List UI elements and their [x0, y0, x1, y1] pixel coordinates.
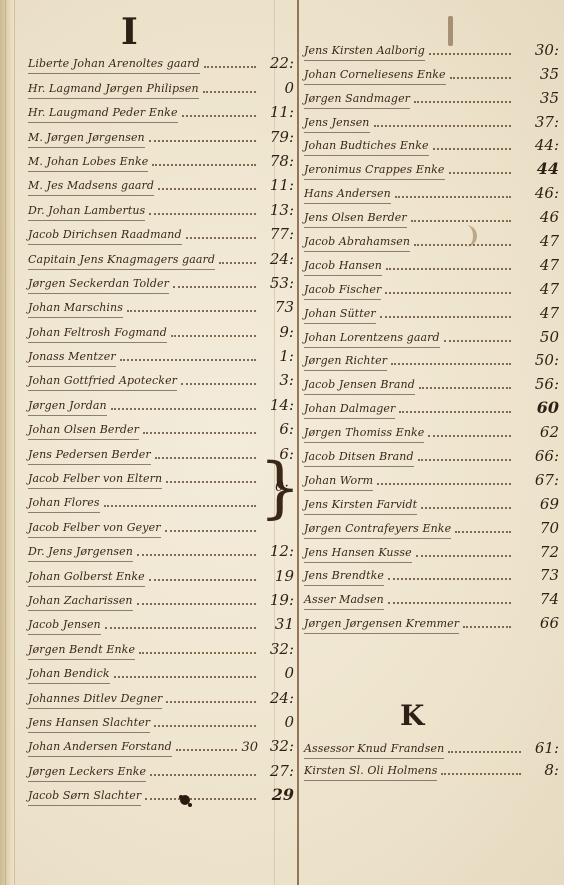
dash-leader: [448, 750, 521, 753]
dash-leader: [377, 482, 511, 485]
list-item: Hans Andersen46:: [304, 180, 559, 204]
entry-name: Assessor Knud Frandsen: [304, 742, 444, 759]
entry-number: 30:: [515, 41, 559, 61]
dash-leader: [455, 530, 511, 533]
list-item: Asser Madsen74: [304, 586, 559, 610]
list-item: Jørgen Seckerdan Tolder53:: [28, 270, 294, 294]
dash-leader: [428, 434, 511, 437]
list-item: M. Jes Madsens gaard11:: [28, 172, 294, 196]
entry-number: 11:: [260, 103, 294, 123]
entry-name: Jacob Felber von Geyer: [28, 521, 161, 538]
list-item: Hr. Laugmand Peder Enke11:: [28, 99, 294, 123]
entry-number: 35: [515, 89, 559, 109]
list-item: Dr. Johan Lambertus13:: [28, 196, 294, 220]
entry-name: Jens Kirsten Aalborig: [304, 44, 425, 61]
entry-number: 27:: [260, 762, 294, 782]
entry-number: 13:: [260, 201, 294, 221]
entry-number: 32:: [260, 640, 294, 660]
list-item: Jens Kirsten Farvidt69: [304, 491, 559, 515]
entry-number: 77:: [260, 225, 294, 245]
list-item: Johan Marschins73: [28, 294, 294, 318]
entry-name: Hans Andersen: [304, 187, 391, 204]
entry-number: 47: [515, 232, 559, 252]
dash-leader: [429, 52, 511, 55]
dash-leader: [399, 410, 511, 413]
dash-leader: [444, 339, 511, 342]
entry-name: Jonass Mentzer: [28, 350, 116, 367]
entry-name: Jørgen Thomiss Enke: [304, 426, 424, 443]
dash-leader: [203, 90, 256, 93]
entry-name: Jeronimus Crappes Enke: [304, 163, 445, 180]
entry-number: 29: [260, 785, 294, 806]
entry-name: Jørgen Bendt Enke: [28, 643, 135, 660]
entry-name: Johan Marschins: [28, 301, 123, 318]
list-item: Jørgen Sandmager35: [304, 85, 559, 109]
entry-number: 56:: [515, 375, 559, 395]
entry-number: 47: [515, 304, 559, 324]
entry-name: Dr. Johan Lambertus: [28, 204, 145, 221]
entry-name: Capitain Jens Knagmagers gaard: [28, 253, 215, 270]
entry-name: Jacob Ditsen Brand: [304, 450, 414, 467]
list-item: Johan Worm67:: [304, 467, 559, 491]
entry-name: Liberte Johan Arenoltes gaard: [28, 57, 200, 74]
list-item: Jacob Jensen31: [28, 611, 294, 635]
dash-leader: [433, 147, 511, 150]
entry-number: 8:: [525, 761, 559, 781]
entry-extra-number: 30: [241, 740, 258, 757]
entry-number: 47: [515, 256, 559, 276]
list-item: Johan Flores: [28, 489, 294, 513]
entry-name: Jacob Dirichsen Raadmand: [28, 228, 182, 245]
entry-name: Johan Zacharissen: [28, 594, 133, 611]
list-item: Johan Dalmager60: [304, 395, 559, 419]
dash-leader: [176, 748, 238, 751]
list-item: Assessor Knud Frandsen61:: [304, 737, 559, 759]
brace-group-value: 0:: [275, 479, 289, 495]
dash-leader: [158, 187, 256, 190]
dash-leader: [441, 772, 521, 775]
list-item: Jacob Dirichsen Raadmand77:: [28, 221, 294, 245]
entry-number: 60: [515, 398, 559, 419]
dash-leader: [414, 100, 511, 103]
entry-number: 32:: [260, 737, 294, 757]
list-item: Jørgen Thomiss Enke62: [304, 419, 559, 443]
list-item: Johan Corneliesens Enke35: [304, 61, 559, 85]
dash-leader: [450, 76, 511, 79]
list-item: Johan Bendick0: [28, 660, 294, 684]
entry-name: Jens Pedersen Berder: [28, 448, 151, 465]
list-item: Jacob Fischer47: [304, 276, 559, 300]
entry-number: 70: [515, 519, 559, 539]
list-item: Jeronimus Crappes Enke44: [304, 156, 559, 180]
entry-number: 22:: [260, 54, 294, 74]
right-column-list: Jens Kirsten Aalborig30: Johan Cornelies…: [304, 37, 559, 634]
entry-name: Jacob Jensen: [28, 618, 101, 635]
entry-name: Jørgen Sandmager: [304, 92, 410, 109]
entry-number: 47: [515, 280, 559, 300]
entry-name: Jørgen Jørgensen Kremmer: [304, 617, 459, 634]
entry-number: 0: [260, 713, 294, 733]
entry-name: Jørgen Contrafeyers Enke: [304, 522, 451, 539]
list-item: Johan Feltrosh Fogmand9:: [28, 318, 294, 342]
entry-name: M. Jørgen Jørgensen: [28, 131, 145, 148]
entry-name: Jens Jensen: [304, 116, 370, 133]
entry-name: Jørgen Seckerdan Tolder: [28, 277, 169, 294]
list-item: Jacob Abrahamsen47: [304, 228, 559, 252]
dash-leader: [165, 529, 256, 532]
dash-leader: [137, 602, 256, 605]
dash-leader: [418, 458, 511, 461]
column-divider-rule: [297, 0, 299, 885]
dash-leader: [391, 362, 511, 365]
entry-name: M. Johan Lobes Enke: [28, 155, 148, 172]
list-item: Jens Hansen Kusse72: [304, 539, 559, 563]
dash-leader: [149, 212, 256, 215]
entry-number: 24:: [260, 689, 294, 709]
list-item: Jacob Felber von Eltern: [28, 465, 294, 489]
list-item: Jacob Jensen Brand56:: [304, 371, 559, 395]
list-item: Jørgen Jordan14:: [28, 391, 294, 415]
dash-leader: [154, 724, 256, 727]
list-item: Johan Budtiches Enke44:: [304, 133, 559, 157]
entry-number: 62: [515, 423, 559, 443]
dash-leader: [388, 577, 511, 580]
entry-number: 37:: [515, 113, 559, 133]
list-item: Jørgen Richter50:: [304, 348, 559, 372]
entry-name: Johan Lorentzens gaard: [304, 331, 440, 348]
entry-number: 50: [515, 328, 559, 348]
list-item: Johan Olsen Berder6:: [28, 416, 294, 440]
entry-name: Johan Golberst Enke: [28, 570, 145, 587]
dash-leader: [386, 267, 511, 270]
dash-leader: [463, 625, 511, 628]
entry-number: 19:: [260, 591, 294, 611]
dash-leader: [219, 261, 256, 264]
entry-number: 3:: [260, 371, 294, 391]
entry-number: 44: [515, 159, 559, 180]
entry-number: 1:: [260, 347, 294, 367]
dash-leader: [388, 601, 511, 604]
list-item: Jacob Ditsen Brand66:: [304, 443, 559, 467]
entry-number: 35: [515, 65, 559, 85]
list-item: Hr. Lagmand Jørgen Philipsen0: [28, 74, 294, 98]
entry-name: Jacob Sørn Slachter: [28, 789, 141, 806]
entry-name: Jacob Felber von Eltern: [28, 472, 162, 489]
dash-leader: [173, 285, 256, 288]
list-item: Jacob Felber von Geyer: [28, 513, 294, 537]
entry-number: 6:: [260, 420, 294, 440]
dash-leader: [385, 291, 511, 294]
entry-name: Jacob Hansen: [304, 259, 382, 276]
dash-leader: [181, 382, 256, 385]
dash-leader: [204, 65, 256, 68]
dash-leader: [421, 506, 511, 509]
entry-number: 9:: [260, 323, 294, 343]
list-item: Johan Gottfried Apotecker3:: [28, 367, 294, 391]
list-item: Kirsten Sl. Oli Holmens8:: [304, 759, 559, 781]
dash-leader: [155, 456, 256, 459]
entry-name: Hr. Lagmand Jørgen Philipsen: [28, 82, 199, 99]
dash-leader: [120, 358, 256, 361]
entry-number: 14:: [260, 396, 294, 416]
entry-name: Jens Olsen Berder: [304, 211, 407, 228]
list-item: Jens Jensen37:: [304, 109, 559, 133]
entry-number: 46: [515, 208, 559, 228]
section-letter-k: K: [400, 702, 424, 730]
entry-name: Jørgen Leckers Enke: [28, 765, 146, 782]
list-item: Jonass Mentzer1:: [28, 343, 294, 367]
entry-number: 31: [260, 615, 294, 635]
dash-leader: [171, 334, 256, 337]
dash-leader: [139, 651, 256, 654]
entry-name: Dr. Jens Jørgensen: [28, 545, 133, 562]
list-item: Jens Kirsten Aalborig30:: [304, 37, 559, 61]
list-item: Jørgen Leckers Enke27:: [28, 757, 294, 781]
entry-name: Jørgen Richter: [304, 354, 387, 371]
list-item: Johan Sütter47: [304, 300, 559, 324]
entry-name: Asser Madsen: [304, 593, 384, 610]
dash-leader: [411, 219, 511, 222]
entry-number: 66:: [515, 447, 559, 467]
paper-stain: [455, 225, 477, 247]
dash-leader: [145, 797, 256, 800]
dash-leader: [380, 315, 511, 318]
list-item: Jørgen Jørgensen Kremmer66: [304, 610, 559, 634]
dash-leader: [166, 480, 256, 483]
entry-name: Johan Gottfried Apotecker: [28, 374, 177, 391]
entry-number: 73: [260, 298, 294, 318]
list-item: M. Johan Lobes Enke78:: [28, 148, 294, 172]
dash-leader: [416, 554, 511, 557]
dash-leader: [137, 553, 256, 556]
entry-name: Johan Flores: [28, 496, 100, 513]
entry-name: Jacob Fischer: [304, 283, 381, 300]
dash-leader: [143, 431, 256, 434]
entry-number: 72: [515, 543, 559, 563]
brace-group: } 0:: [259, 455, 289, 525]
dash-leader: [395, 195, 511, 198]
manuscript-page: I K Liberte Johan Arenoltes gaard22: Hr.…: [0, 0, 564, 885]
k-section-list: Assessor Knud Frandsen61: Kirsten Sl. Ol…: [304, 737, 559, 781]
dash-leader: [149, 578, 256, 581]
entry-number: 74: [515, 590, 559, 610]
entry-name: Johannes Ditlev Degner: [28, 692, 162, 709]
entry-name: Johan Sütter: [304, 307, 376, 324]
entry-number: 12:: [260, 542, 294, 562]
dash-leader: [111, 407, 256, 410]
entry-number: 53:: [260, 274, 294, 294]
dash-leader: [105, 626, 256, 629]
entry-name: M. Jes Madsens gaard: [28, 179, 154, 196]
entry-name: Jacob Jensen Brand: [304, 378, 415, 395]
list-item: Jens Brendtke73: [304, 563, 559, 587]
dash-leader: [374, 124, 512, 127]
entry-number: 66: [515, 614, 559, 634]
list-item: Jens Olsen Berder46: [304, 204, 559, 228]
entry-name: Hr. Laugmand Peder Enke: [28, 106, 178, 123]
dash-leader: [166, 700, 256, 703]
entry-name: Johan Olsen Berder: [28, 423, 139, 440]
section-letter-i: I: [121, 14, 138, 50]
binding-edge: [0, 0, 15, 885]
entry-name: Johan Feltrosh Fogmand: [28, 326, 167, 343]
dash-leader: [150, 773, 256, 776]
entry-name: Jens Brendtke: [304, 569, 384, 586]
dash-leader: [104, 504, 256, 507]
entry-name: Johan Andersen Forstand: [28, 740, 172, 757]
entry-name: Johan Dalmager: [304, 402, 395, 419]
entry-number: 50:: [515, 351, 559, 371]
entry-number: 67:: [515, 471, 559, 491]
entry-name: Kirsten Sl. Oli Holmens: [304, 764, 437, 781]
entry-name: Johan Bendick: [28, 667, 110, 684]
dash-leader: [149, 139, 256, 142]
entry-number: 44:: [515, 136, 559, 156]
entry-number: 69: [515, 495, 559, 515]
list-item: Johan Zacharissen19:: [28, 587, 294, 611]
list-item: Jacob Hansen47: [304, 252, 559, 276]
list-item: Dr. Jens Jørgensen12:: [28, 538, 294, 562]
entry-number: 0: [260, 79, 294, 99]
dash-leader: [186, 236, 256, 239]
list-item: Jens Pedersen Berder6:: [28, 440, 294, 464]
entry-name: Jens Kirsten Farvidt: [304, 498, 417, 515]
ink-blot: [180, 795, 190, 805]
dash-leader: [152, 163, 256, 166]
dash-leader: [419, 386, 511, 389]
list-item: Liberte Johan Arenoltes gaard22:: [28, 50, 294, 74]
entry-name: Jens Hansen Kusse: [304, 546, 412, 563]
entry-name: Johan Worm: [304, 474, 373, 491]
entry-number: 24:: [260, 250, 294, 270]
entry-number: 73: [515, 566, 559, 586]
list-item: M. Jørgen Jørgensen79:: [28, 123, 294, 147]
list-item: Jens Hansen Slachter0: [28, 709, 294, 733]
entry-number: 61:: [525, 739, 559, 759]
entry-name: Jørgen Jordan: [28, 399, 107, 416]
entry-name: Jacob Abrahamsen: [304, 235, 410, 252]
dash-leader: [449, 171, 511, 174]
entry-number: 11:: [260, 176, 294, 196]
list-item: Jørgen Contrafeyers Enke70: [304, 515, 559, 539]
left-column-list: Liberte Johan Arenoltes gaard22: Hr. Lag…: [28, 50, 294, 806]
dash-leader: [127, 309, 256, 312]
entry-number: 78:: [260, 152, 294, 172]
entry-number: 0: [260, 664, 294, 684]
entry-number: 79:: [260, 128, 294, 148]
list-item: Johan Andersen Forstand3032:: [28, 733, 294, 757]
list-item: Jørgen Bendt Enke32:: [28, 635, 294, 659]
entry-number: 19: [260, 567, 294, 587]
list-item: Capitain Jens Knagmagers gaard24:: [28, 245, 294, 269]
dash-leader: [182, 114, 256, 117]
dash-leader: [114, 675, 256, 678]
entry-name: Johan Budtiches Enke: [304, 139, 429, 156]
entry-name: Johan Corneliesens Enke: [304, 68, 446, 85]
entry-name: Jens Hansen Slachter: [28, 716, 150, 733]
entry-number: 46:: [515, 184, 559, 204]
list-item: Johan Golberst Enke19: [28, 562, 294, 586]
list-item: Johannes Ditlev Degner24:: [28, 684, 294, 708]
list-item: Jacob Sørn Slachter29: [28, 782, 294, 806]
list-item: Johan Lorentzens gaard50: [304, 324, 559, 348]
